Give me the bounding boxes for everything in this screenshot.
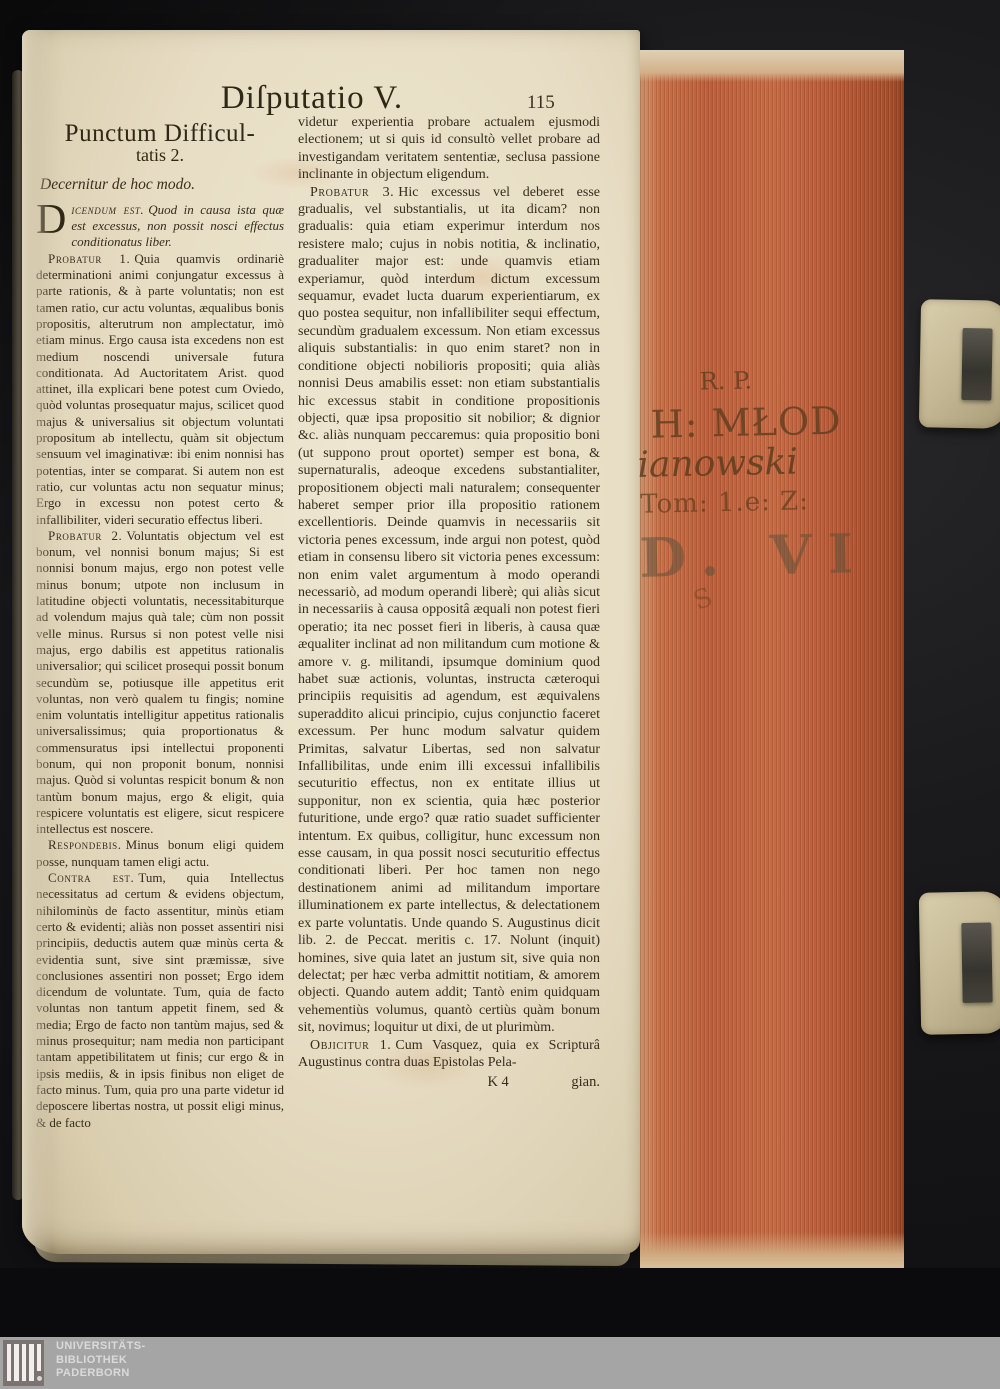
clasp-metal-fitting — [961, 328, 992, 400]
paragraph-objicitur-1: Objicitur 1.Cum Vasquez, quia ex Scriptu… — [298, 1037, 600, 1072]
left-column: Punctum Difficul- tatis 2. Decernitur de… — [36, 126, 284, 1131]
book-clasp-bottom — [919, 891, 1000, 1035]
page-number: 115 — [527, 92, 555, 114]
catchword: gian. — [571, 1074, 600, 1091]
inscription-line: Tom: 1.e: Z: — [640, 484, 903, 519]
paragraph-probatur-2: Probatur 2.Voluntatis objectum vel est b… — [36, 528, 284, 838]
library-watermark-band: UNIVERSITÄTS- BIBLIOTHEK PADERBORN — [0, 1337, 1000, 1389]
inscription-line: ianowski — [637, 439, 902, 486]
fore-edge-bottom-highlight — [640, 1232, 904, 1272]
book-fore-edge — [640, 50, 904, 1272]
section-heading-line2: tatis 2. — [36, 147, 284, 163]
logo-bar-exclamation — [37, 1344, 41, 1371]
paragraph-contra-est: Contra est.Tum, quia Intellectus necessi… — [36, 870, 284, 1131]
book-cover-edge — [902, 42, 936, 1288]
paragraph-respondebis: Respondebis.Minus bonum eligi quidem pos… — [36, 837, 284, 870]
paragraph-probatur-3: Probatur 3.Hic excessus vel deberet esse… — [298, 184, 600, 1037]
signature-row: K 4 gian. — [298, 1074, 600, 1091]
paragraph-lead: Respondebis. — [48, 837, 122, 852]
paragraph-lead: Probatur 1. — [48, 251, 130, 266]
signature-spacer — [298, 1074, 425, 1091]
paragraph-text: Tum, quia Intellectus necessitatus ad ce… — [36, 870, 284, 1129]
photograph-background: Diſputatio V. 115 Punctum Difficul- tati… — [0, 0, 1000, 1389]
paragraph-dicendum: Dicendum est.Quod in causa ista quæ est … — [36, 202, 284, 251]
right-column: videtur experientia probare actualem eju… — [298, 114, 600, 1092]
logo-bar — [7, 1344, 11, 1381]
ub-paderborn-logo — [3, 1340, 44, 1386]
paragraph-text: videtur experientia probare actualem eju… — [298, 115, 600, 182]
clasp-metal-fitting — [961, 923, 992, 1003]
logo-bar — [14, 1344, 18, 1381]
section-heading-line1: Punctum Difficul- — [36, 126, 284, 142]
book-page: Diſputatio V. 115 Punctum Difficul- tati… — [22, 30, 640, 1254]
library-name-line2: BIBLIOTHEK — [56, 1354, 146, 1368]
paragraph-text: Voluntatis objectum vel est bonum, vel n… — [36, 528, 284, 836]
fore-edge-inscription: R. P. H: MŁOD ianowski Tom: 1.e: Z: D. V… — [643, 363, 904, 615]
paragraph-lead: Objicitur 1. — [310, 1038, 391, 1053]
paragraph-lead: Probatur 2. — [48, 528, 122, 543]
inscription-line: R. P. — [699, 363, 900, 395]
library-name: UNIVERSITÄTS- BIBLIOTHEK PADERBORN — [56, 1340, 146, 1381]
running-title: Diſputatio V. — [142, 80, 482, 117]
paragraph-lead: icendum est. — [71, 202, 144, 217]
paragraph-lead: Probatur 3. — [310, 185, 394, 200]
logo-bar — [29, 1344, 33, 1381]
fore-edge-top-highlight — [640, 50, 904, 82]
paragraph-text: Hic excessus vel deberet esse gradualis,… — [298, 185, 600, 1036]
quire-signature: K 4 — [487, 1074, 508, 1091]
library-name-line3: PADERBORN — [56, 1367, 146, 1381]
paragraph-probatur-1: Probatur 1.Quia quamvis ordinariè determ… — [36, 251, 284, 528]
library-name-line1: UNIVERSITÄTS- — [56, 1340, 146, 1354]
section-subheading: Decernitur de hoc modo. — [40, 177, 284, 193]
photo-bottom-shadow — [0, 1268, 1000, 1338]
inscription-line: D. VI — [639, 520, 904, 590]
drop-cap: D — [36, 204, 66, 237]
book-clasp-top — [919, 299, 1000, 429]
paragraph-text: Quia quamvis ordinariè determinationi an… — [36, 251, 284, 527]
paragraph-continuation: videtur experientia probare actualem eju… — [298, 114, 600, 184]
paragraph-lead: Contra est. — [48, 870, 134, 885]
logo-bar — [22, 1344, 26, 1381]
